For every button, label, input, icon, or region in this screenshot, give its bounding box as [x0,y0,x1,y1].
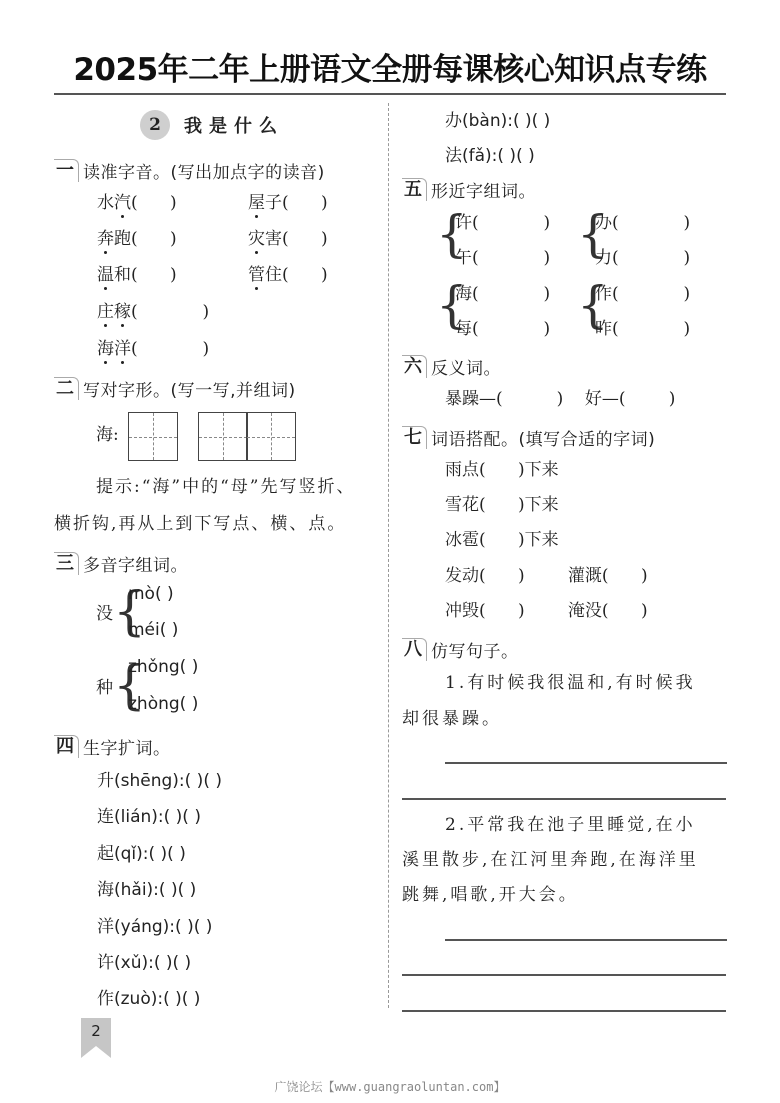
answer-line[interactable] [445,762,727,764]
similar-char-row: 每( ) [455,316,550,342]
expand-row: 许(xǔ):( )( ) [97,948,191,973]
polyphone-char: 没 [96,601,113,627]
section-title: 反义词。 [431,354,501,379]
section-title: 写对字形。(写一写,并组词) [83,376,296,401]
hint-text: 横折钩,再从上到下写点、横、点。 [54,511,346,537]
writing-grid-box[interactable] [246,412,296,461]
hint-text: 提示:“海”中的“母”先写竖折、 [96,474,356,500]
section-title: 多音字组词。 [83,551,188,576]
collocation-row: 雪花( )下来 [445,492,559,518]
expand-row: 法(fǎ):( )( ) [445,141,535,166]
section-number: 三 [54,552,79,575]
page-number: 2 [81,1022,111,1040]
sentence-text: 溪里散步,在江河里奔跑,在海洋里 [402,847,699,873]
writing-grid-box[interactable] [198,412,248,461]
question-row: 水汽( ) [97,190,177,216]
section-number: 七 [402,426,427,449]
sentence-text: 却很暴躁。 [402,706,502,732]
footer-watermark: 广饶论坛【www.guangraoluntan.com】 [0,1078,780,1095]
page-title: 2025年二年上册语文全册每课核心知识点专练 [0,44,780,96]
answer-line[interactable] [402,1010,726,1012]
section-4-heading: 四 生字扩词。 [54,733,171,759]
expand-row: 作(zuò):( )( ) [97,984,200,1009]
answer-line[interactable] [402,974,726,976]
similar-char-row: 许( ) [455,210,550,236]
section-number: 六 [402,355,427,378]
lesson-title: 我是什么 [184,112,284,138]
similar-char-row: 作( ) [595,281,690,307]
lesson-heading: 2 我是什么 [140,110,284,140]
section-title: 形近字组词。 [431,177,536,202]
section-number: 五 [402,178,427,201]
question-row: 屋子( ) [248,190,328,216]
polyphone-char: 种 [96,675,113,701]
answer-line[interactable] [445,939,727,941]
collocation-row: 冲毁( ) 淹没( ) [445,598,648,624]
sentence-text: 1.有时候我很温和,有时候我 [445,670,696,696]
question-row: 灾害( ) [248,226,328,252]
section-title: 读准字音。(写出加点字的读音) [83,158,325,183]
section-title: 仿写句子。 [431,637,519,662]
title-rule [54,93,726,95]
section-1-heading: 一 读准字音。(写出加点字的读音) [54,157,325,183]
answer-line[interactable] [402,798,726,800]
sentence-text: 2.平常我在池子里睡觉,在小 [445,812,696,838]
sentence-text: 跳舞,唱歌,开大会。 [402,882,579,908]
collocation-row: 冰雹( )下来 [445,527,559,553]
expand-row: 洋(yáng):( )( ) [97,912,212,937]
page-number-tab: 2 [81,1018,111,1058]
question-row: 管住( ) [248,262,328,288]
similar-char-row: 午( ) [455,245,550,271]
section-title: 生字扩词。 [83,734,171,759]
column-divider [388,103,389,1008]
section-number: 四 [54,735,79,758]
reading-row: zhòng( ) [128,694,198,714]
collocation-row: 雨点( )下来 [445,457,559,483]
section-6-heading: 六 反义词。 [402,353,501,379]
expand-row: 连(lián):( )( ) [97,802,201,827]
section-7-heading: 七 词语搭配。(填写合适的字词) [402,424,655,450]
section-number: 八 [402,638,427,661]
section-title: 词语搭配。(填写合适的字词) [431,425,655,450]
section-2-heading: 二 写对字形。(写一写,并组词) [54,375,296,401]
lesson-number-badge: 2 [140,110,170,140]
reading-row: zhǒng( ) [128,657,198,677]
question-row: 奔跑( ) [97,226,177,252]
similar-char-row: 办( ) [595,210,690,236]
writing-grid-box[interactable] [128,412,178,461]
similar-char-row: 力( ) [595,245,690,271]
char-label: 海: [96,422,119,448]
question-row: 庄稼( ) [97,299,209,325]
reading-row: mò( ) [128,584,174,604]
question-row: 温和( ) [97,262,177,288]
similar-char-row: 海( ) [455,281,550,307]
section-5-heading: 五 形近字组词。 [402,176,536,202]
expand-row: 海(hǎi):( )( ) [97,875,196,900]
question-row: 海洋( ) [97,336,209,362]
section-8-heading: 八 仿写句子。 [402,636,519,662]
section-number: 一 [54,159,79,182]
antonym-row: 暴躁—( ) 好—( ) [445,386,675,412]
section-3-heading: 三 多音字组词。 [54,550,188,576]
collocation-row: 发动( ) 灌溉( ) [445,563,648,589]
section-number: 二 [54,377,79,400]
expand-row: 升(shēng):( )( ) [97,766,222,791]
reading-row: méi( ) [128,620,178,640]
expand-row: 办(bàn):( )( ) [445,106,550,131]
similar-char-row: 昨( ) [595,316,690,342]
expand-row: 起(qǐ):( )( ) [97,839,186,864]
